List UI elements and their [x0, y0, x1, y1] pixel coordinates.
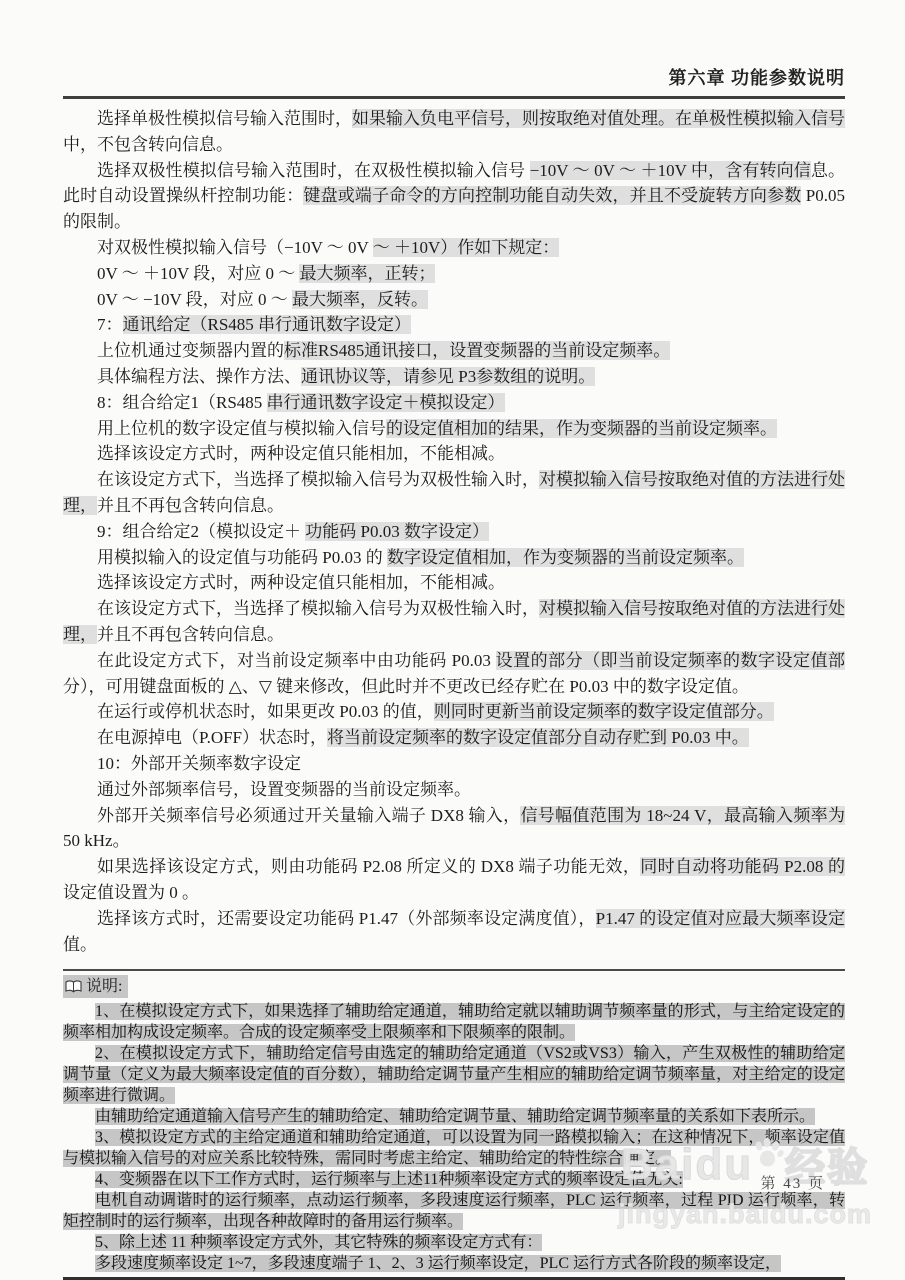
- text-segment: 在该设定方式下，当选择了模拟输入信号为双极性输入时，: [97, 470, 539, 489]
- text-segment: 10：外部开关频率数字设定: [97, 754, 301, 773]
- text-segment: 8：组合给定1（RS485: [97, 393, 267, 412]
- text-segment: 外部开关频率信号必须通过开关量输入端子 DX8 输入，: [97, 806, 520, 825]
- text-segment: 具体编程方法、操作方法、: [97, 367, 301, 386]
- text-segment: 选择双极性模拟信号输入范围时，在双极性模拟输入信号: [97, 161, 530, 180]
- text-segment: −10V ～ 0V ～ ＋10V 中，含有转向信: [530, 161, 811, 180]
- body-paragraph: 9：组合给定2（模拟设定＋ 功能码 P0.03 数字设定）: [63, 519, 845, 545]
- note-paragraph: 1、在模拟设定方式下，如果选择了辅助给定通道，辅助给定就以辅助调节频率量的形式，…: [63, 1001, 845, 1043]
- text-segment: 多段速度频率设定 1~7，多段速度端子 1、2、3 运行频率设定，PLC 运行方…: [95, 1255, 781, 1272]
- body-paragraph: 8：组合给定1（RS485 串行通讯数字设定＋模拟设定）: [63, 390, 845, 416]
- body-paragraph: 在电源掉电（P.OFF）状态时，将当前设定频率的数字设定值部分自动存贮到 P0.…: [63, 725, 845, 751]
- body-paragraph: 通过外部频率信号，设置变频器的当前设定频率。: [63, 777, 845, 803]
- text-segment: 选择该设定方式时，两种设定值只能相加，不能相减。: [97, 444, 505, 463]
- body-paragraph: 用模拟输入的设定值与功能码 P0.03 的 数字设定值相加，作为变频器的当前设定…: [63, 545, 845, 571]
- body-paragraph: 在运行或停机状态时，如果更改 P0.03 的值，则同时更新当前设定频率的数字设定…: [63, 699, 845, 725]
- text-segment: 如果选择该设定方式，则由功能码 P2.08 所定义的 DX8 端子功能无效，: [97, 857, 640, 876]
- text-segment: 上位机通过变频器内置的: [97, 341, 284, 360]
- text-segment: 最大频率，反转。: [292, 290, 428, 309]
- note-body: 1、在模拟设定方式下，如果选择了辅助给定通道，辅助给定就以辅助调节频率量的形式，…: [63, 1001, 845, 1274]
- note-paragraph: 3、模拟设定方式的主给定通道和辅助给定通道，可以设置为同一路模拟输入；在这种情况…: [63, 1127, 845, 1169]
- text-segment: 在此设定方式下，对当前设定频率中由功能码 P0.03: [97, 651, 496, 670]
- body-paragraph: 在该设定方式下，当选择了模拟输入信号为双极性输入时，对模拟输入信号按取绝对值的方…: [63, 596, 845, 648]
- text-segment: 选择该方式时，还需要设定功能码 P1.47（外部频率设定满度值），: [97, 909, 596, 928]
- text-segment: 用上位机的数字设定值与模拟输入信号: [97, 419, 386, 438]
- body-paragraph: 如果选择该设定方式，则由功能码 P2.08 所定义的 DX8 端子功能无效，同时…: [63, 854, 845, 906]
- note-header: 说明:: [63, 975, 845, 999]
- text-segment: 标准RS485通讯接口，设置变频器的当前设定频率。: [284, 341, 670, 360]
- body-paragraph: 对双极性模拟输入信号（−10V ～ 0V ～ ＋10V）作如下规定：: [63, 235, 845, 261]
- body-paragraph: 7：通讯给定（RS485 串行通讯数字设定）: [63, 312, 845, 338]
- page-header: 第六章 功能参数说明: [0, 0, 905, 90]
- note-paragraph: 电机自动调谐时的运行频率，点动运行频率，多段速度运行频率，PLC 运行频率，过程…: [63, 1190, 845, 1232]
- text-segment: 选择单极性模拟信号输入范围时，: [97, 109, 352, 128]
- text-segment: 50 kHz。: [63, 831, 130, 850]
- text-segment: 设定值设置为 0 。: [63, 883, 199, 902]
- note-section: 说明: 1、在模拟设定方式下，如果选择了辅助给定通道，辅助给定就以辅助调节频率量…: [63, 969, 845, 1280]
- text-segment: 对双极性模拟输入信号（−10V ～ 0V: [97, 238, 373, 257]
- text-segment: 通过外部频率信号，设置变频器的当前设定频率。: [97, 780, 471, 799]
- open-book-icon: [65, 980, 82, 993]
- body-paragraph: 选择单极性模拟信号输入范围时，如果输入负电平信号，则按取绝对值处理。在单极性模拟…: [63, 106, 845, 158]
- text-segment: 通讯协议等，请参见 P3参数组的说明。: [301, 367, 595, 386]
- text-segment: 在该设定方式下，当选择了模拟输入信号为双极性输入时，: [97, 599, 539, 618]
- text-segment: 由辅助给定通道输入信号产生的辅助给定、辅助给定调节量、辅助给定调节频率量的关系如…: [95, 1108, 815, 1125]
- text-segment: 如果输入负电平信号，则按取绝对值处理。在单极性模拟输入信号: [352, 109, 845, 128]
- text-segment: 7：: [97, 315, 123, 334]
- document-page: 第六章 功能参数说明 选择单极性模拟信号输入范围时，如果输入负电平信号，则按取绝…: [0, 0, 905, 1280]
- text-segment: 电机自动调谐时的运行频率，点动运行频率，多段速度运行频率，PLC 运行频率，过程…: [63, 1192, 845, 1230]
- chapter-title: 第六章 功能参数说明: [669, 68, 846, 88]
- body-paragraph: 0V ～ −10V 段，对应 0 ～ 最大频率，反转。: [63, 287, 845, 313]
- body-paragraph: 上位机通过变频器内置的标准RS485通讯接口，设置变频器的当前设定频率。: [63, 338, 845, 364]
- body-paragraph: 选择该方式时，还需要设定功能码 P1.47（外部频率设定满度值），P1.47 的…: [63, 906, 845, 958]
- text-segment: 在电源掉电（P.OFF）状态时，: [97, 728, 327, 747]
- text-segment: 并且不再包含转向信息。: [97, 625, 284, 644]
- note-label: 说明:: [86, 976, 122, 997]
- text-segment: 通讯给定（RS485 串行通讯数字设定）: [123, 315, 412, 334]
- note-header-badge: 说明:: [63, 975, 128, 998]
- note-paragraph: 4、变频器在以下工作方式时，运行频率与上述11种频率设定方式的频率设定值无关:: [63, 1169, 845, 1190]
- text-segment: 并且不再包含转向信息。: [97, 496, 284, 515]
- text-segment: ～ ＋10V）作如下规定：: [373, 238, 560, 257]
- body-paragraph: 外部开关频率信号必须通过开关量输入端子 DX8 输入，信号幅值范围为 18~24…: [63, 803, 845, 855]
- text-segment: 9：组合给定2（模拟设定＋: [97, 522, 305, 541]
- text-segment: 数字设定值相加，作为变频器的当前设定频率。: [387, 548, 744, 567]
- header-rule: [63, 96, 845, 99]
- body-paragraph: 用上位机的数字设定值与模拟输入信号的设定值相加的结果，作为变频器的当前设定频率。: [63, 416, 845, 442]
- page-number: 第 43 页: [760, 1172, 825, 1193]
- text-segment: 中，不包含转向信息。: [63, 135, 233, 154]
- text-segment: 1、在模拟设定方式下，如果选择了辅助给定通道，辅助给定就以辅助调节频率量的形式，…: [63, 1003, 845, 1041]
- text-segment: 功能码 P0.03 数字设定）: [305, 522, 489, 541]
- note-paragraph: 2、在模拟设定方式下，辅助给定信号由选定的辅助给定通道（VS2或VS3）输入，产…: [63, 1043, 845, 1106]
- text-segment: 的设定值相加的结果，作为变频器的当前设定频率。: [386, 419, 777, 438]
- note-paragraph: 由辅助给定通道输入信号产生的辅助给定、辅助给定调节量、辅助给定调节频率量的关系如…: [63, 1106, 845, 1127]
- text-segment: 最大频率，正转；: [299, 264, 435, 283]
- note-top-rule: [63, 969, 845, 971]
- body-paragraph: 选择该设定方式时，两种设定值只能相加，不能相减。: [63, 441, 845, 467]
- text-segment: 将当前设定频率的数字设定值部分自动存贮到 P0.03 中。: [327, 728, 749, 747]
- text-segment: 2、在模拟设定方式下，辅助给定信号由选定的辅助给定通道（VS2或VS3）输入，产…: [63, 1045, 845, 1104]
- text-segment: 串行通讯数字设定＋模拟设定）: [267, 393, 505, 412]
- body-paragraph: 选择该设定方式时，两种设定值只能相加，不能相减。: [63, 570, 845, 596]
- text-segment: P1.47 的设定值对应最大频率设定: [596, 909, 845, 928]
- text-segment: 则同时更新当前设定频率的数字设定值部分。: [434, 702, 774, 721]
- text-segment: 用模拟输入的设定值与功能码 P0.03 的: [97, 548, 387, 567]
- text-segment: 在运行或停机状态时，如果更改 P0.03 的值，: [97, 702, 434, 721]
- body-paragraph: 在该设定方式下，当选择了模拟输入信号为双极性输入时，对模拟输入信号按取绝对值的方…: [63, 467, 845, 519]
- text-segment: 分），可用键盘面板的 △、▽ 键来修改，但此时并不更改已经存贮在 P0.03 中…: [63, 677, 749, 696]
- body-paragraph: 具体编程方法、操作方法、通讯协议等，请参见 P3参数组的说明。: [63, 364, 845, 390]
- note-paragraph: 多段速度频率设定 1~7，多段速度端子 1、2、3 运行频率设定，PLC 运行方…: [63, 1253, 845, 1274]
- text-segment: 设置的部分（即当前设定频率的数字设定值部: [496, 651, 845, 670]
- text-segment: 值。: [63, 935, 97, 954]
- text-segment: 同时自动将功能码 P2.08 的: [640, 857, 845, 876]
- note-paragraph: 5、除上述 11 种频率设定方式外，其它特殊的频率设定方式有：: [63, 1232, 845, 1253]
- body-paragraph: 10：外部开关频率数字设定: [63, 751, 845, 777]
- body-content: 选择单极性模拟信号输入范围时，如果输入负电平信号，则按取绝对值处理。在单极性模拟…: [63, 106, 845, 957]
- text-segment: 0V ～ −10V 段，对应 0 ～: [97, 290, 292, 309]
- text-segment: 3、模拟设定方式的主给定通道和辅助给定通道，可以设置为同一路模拟输入；在这种情况…: [63, 1129, 845, 1167]
- text-segment: 5、除上述 11 种频率设定方式外，其它特殊的频率设定方式有：: [95, 1234, 542, 1251]
- body-paragraph: 选择双极性模拟信号输入范围时，在双极性模拟输入信号 −10V ～ 0V ～ ＋1…: [63, 158, 845, 235]
- body-paragraph: 0V ～ ＋10V 段，对应 0 ～ 最大频率，正转；: [63, 261, 845, 287]
- text-segment: 0V ～ ＋10V 段，对应 0 ～: [97, 264, 299, 283]
- body-paragraph: 在此设定方式下，对当前设定频率中由功能码 P0.03 设置的部分（即当前设定频率…: [63, 648, 845, 700]
- text-segment: 4、变频器在以下工作方式时，运行频率与上述11种频率设定方式的频率设定值无关:: [95, 1171, 683, 1188]
- text-segment: 键盘或端子命令的方向控制功能自动失效，并且不受旋转方向参数: [303, 186, 801, 205]
- text-segment: 信号幅值范围为 18~24 V，最高输入频率为: [520, 806, 845, 825]
- text-segment: 选择该设定方式时，两种设定值只能相加，不能相减。: [97, 573, 505, 592]
